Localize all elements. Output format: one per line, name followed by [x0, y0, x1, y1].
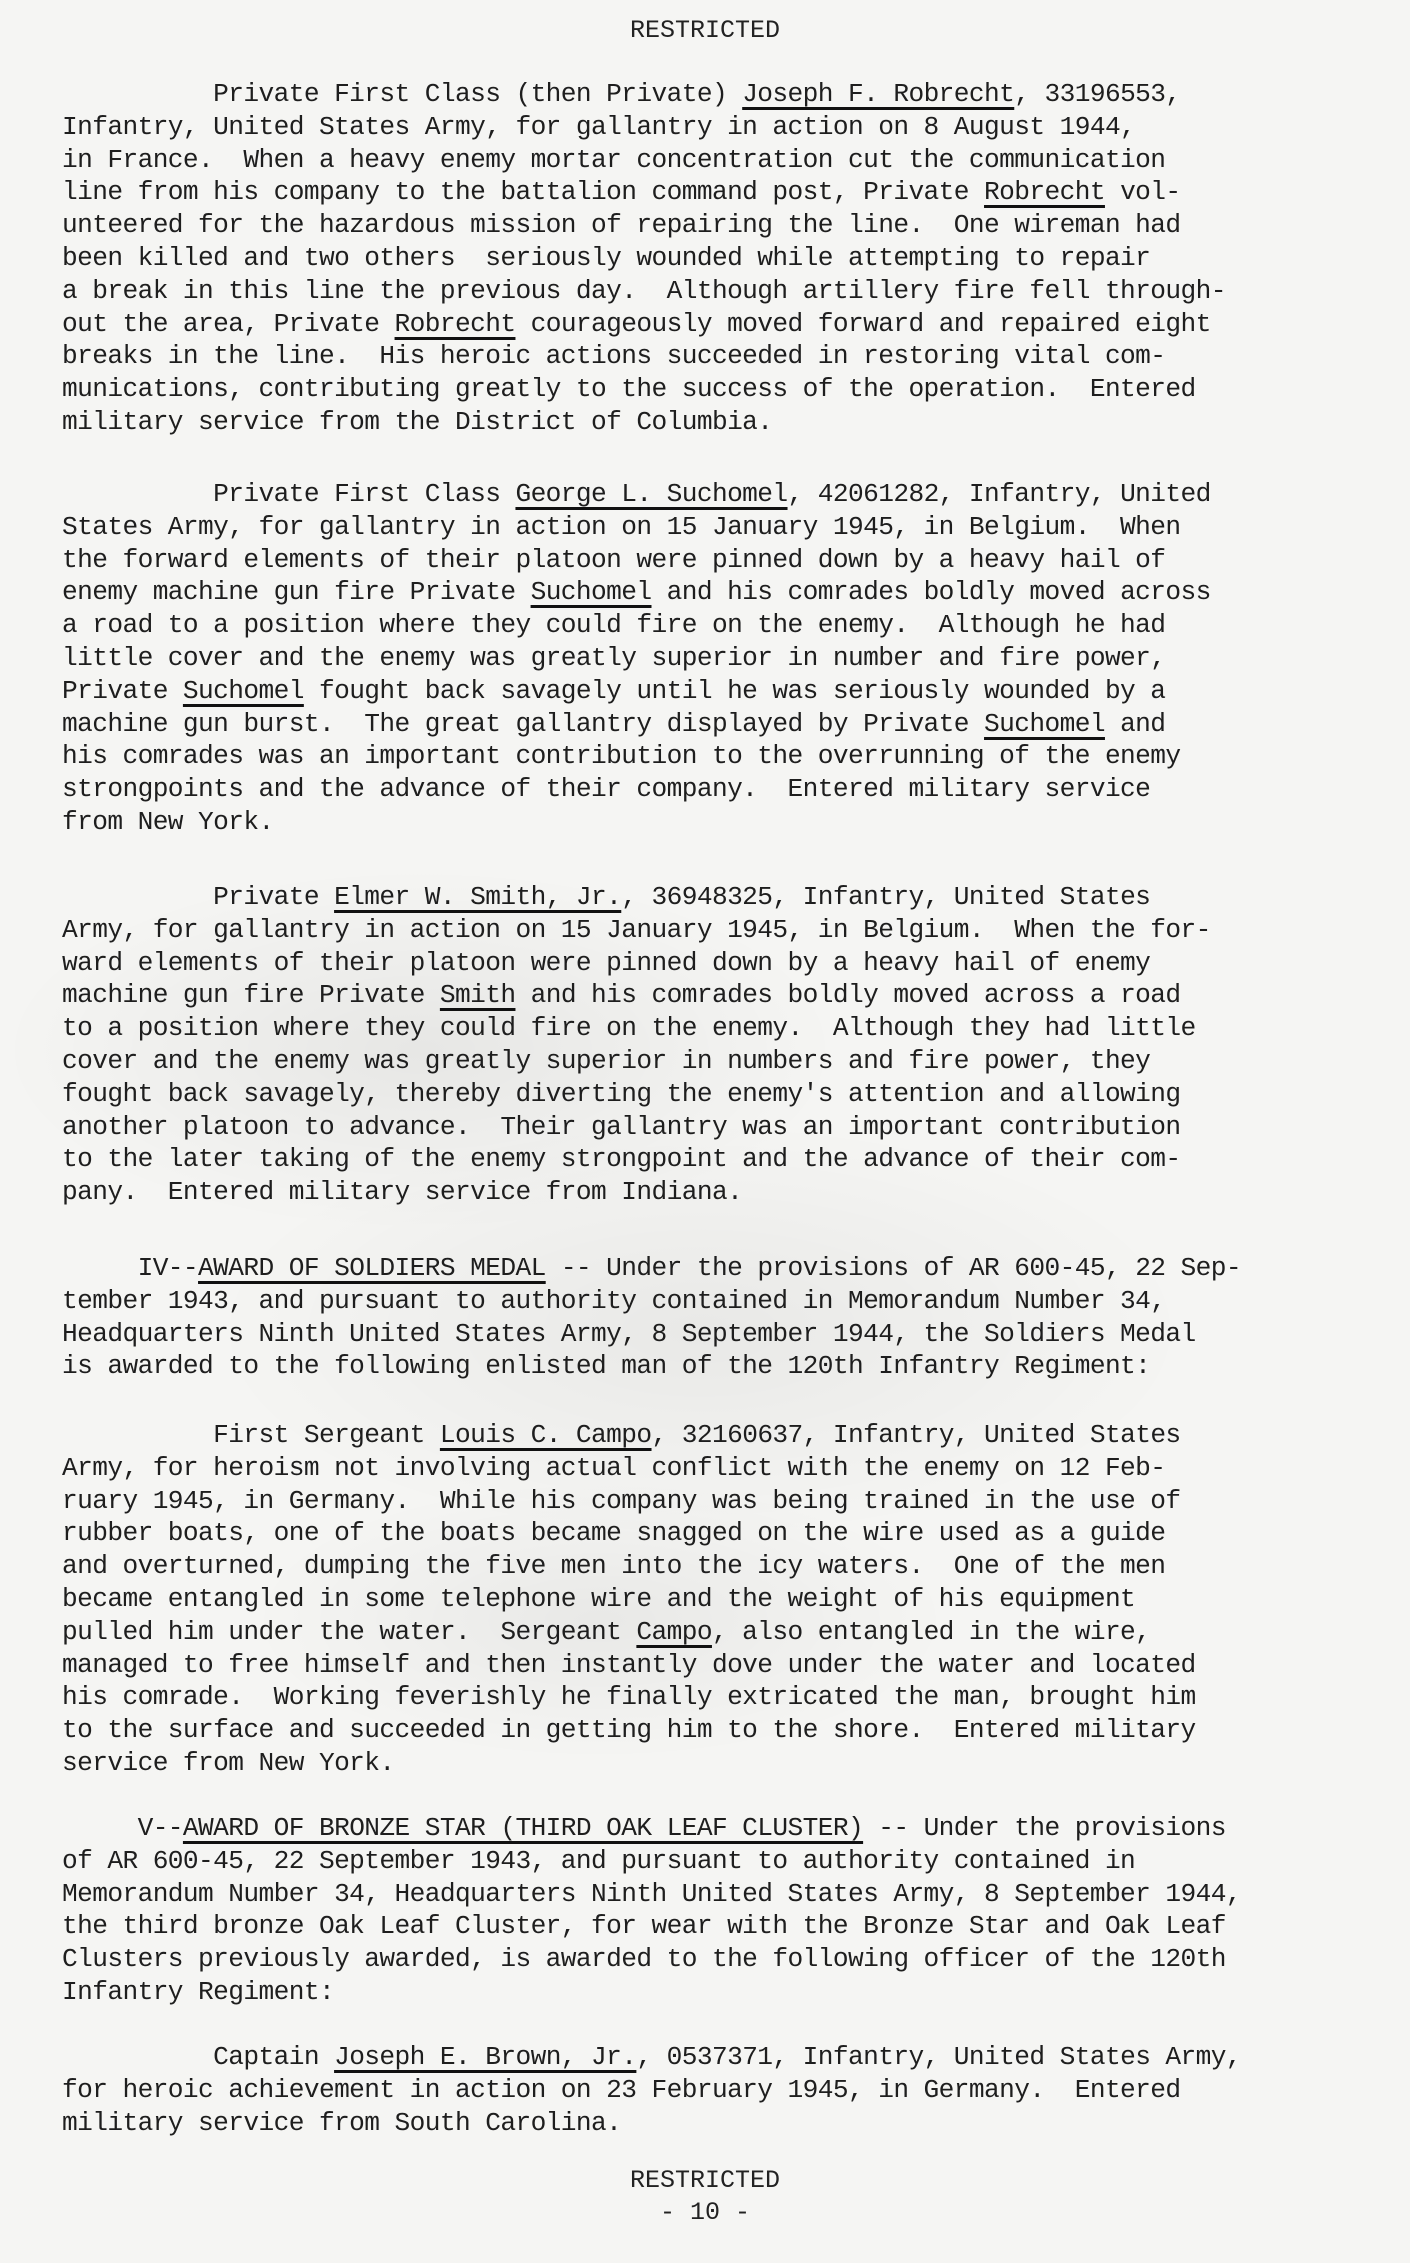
- text-run: , 0537371, Infantry, United States Army,: [636, 2042, 1241, 2072]
- text-run: his comrades was an important contributi…: [62, 741, 1181, 771]
- underlined-name: Robrecht: [984, 177, 1105, 207]
- footer-classification: RESTRICTED: [0, 2166, 1410, 2195]
- citation-robrecht: Private First Class (then Private) Josep…: [62, 78, 1382, 439]
- text-run: V--: [62, 1813, 183, 1843]
- text-run: the forward elements of their platoon we…: [62, 545, 1165, 575]
- text-line: became entangled in some telephone wire …: [62, 1583, 1382, 1616]
- text-line: Captain Joseph E. Brown, Jr., 0537371, I…: [62, 2041, 1382, 2074]
- text-line: ward elements of their platoon were pinn…: [62, 947, 1382, 980]
- text-run: , 42061282, Infantry, United: [788, 479, 1211, 509]
- text-run: of AR 600-45, 22 September 1943, and pur…: [62, 1846, 1135, 1876]
- text-run: Captain: [62, 2042, 334, 2072]
- text-line: Private First Class George L. Suchomel, …: [62, 478, 1382, 511]
- text-line: Memorandum Number 34, Headquarters Ninth…: [62, 1878, 1382, 1911]
- text-line: V--AWARD OF BRONZE STAR (THIRD OAK LEAF …: [62, 1812, 1382, 1845]
- underlined-name: Joseph F. Robrecht: [742, 79, 1014, 109]
- text-line: military service from the District of Co…: [62, 406, 1382, 439]
- text-line: pulled him under the water. Sergeant Cam…: [62, 1616, 1382, 1649]
- text-line: been killed and two others seriously wou…: [62, 242, 1382, 275]
- underlined-name: Suchomel: [984, 709, 1105, 739]
- text-run: cover and the enemy was greatly superior…: [62, 1046, 1150, 1076]
- text-run: IV--: [62, 1253, 198, 1283]
- text-run: machine gun burst. The great gallantry d…: [62, 709, 984, 739]
- header-classification: RESTRICTED: [0, 16, 1410, 45]
- text-line: to a position where they could fire on t…: [62, 1012, 1382, 1045]
- text-line: fought back savagely, thereby diverting …: [62, 1078, 1382, 1111]
- text-run: States Army, for gallantry in action on …: [62, 512, 1181, 542]
- text-line: the forward elements of their platoon we…: [62, 544, 1382, 577]
- text-line: rubber boats, one of the boats became sn…: [62, 1517, 1382, 1550]
- text-run: Private: [62, 676, 183, 706]
- underlined-name: Campo: [636, 1617, 712, 1647]
- text-run: to the later taking of the enemy strongp…: [62, 1144, 1181, 1174]
- text-line: First Sergeant Louis C. Campo, 32160637,…: [62, 1419, 1382, 1452]
- text-run: , also entangled in the wire,: [712, 1617, 1150, 1647]
- text-run: Private First Class (then Private): [62, 79, 742, 109]
- text-run: and his comrades boldly moved across a r…: [515, 980, 1180, 1010]
- document-page: RESTRICTED Private First Class (then Pri…: [0, 0, 1410, 2263]
- text-run: and: [1105, 709, 1165, 739]
- text-run: , 36948325, Infantry, United States: [621, 882, 1150, 912]
- text-run: tember 1943, and pursuant to authority c…: [62, 1286, 1165, 1316]
- citation-brown: Captain Joseph E. Brown, Jr., 0537371, I…: [62, 2041, 1382, 2139]
- text-run: managed to free himself and then instant…: [62, 1650, 1196, 1680]
- text-run: military service from the District of Co…: [62, 407, 772, 437]
- text-run: pany. Entered military service from Indi…: [62, 1177, 742, 1207]
- text-line: machine gun fire Private Smith and his c…: [62, 979, 1382, 1012]
- text-line: machine gun burst. The great gallantry d…: [62, 708, 1382, 741]
- text-line: Clusters previously awarded, is awarded …: [62, 1943, 1382, 1976]
- text-run: Army, for heroism not involving actual c…: [62, 1453, 1165, 1483]
- underlined-name: George L. Suchomel: [515, 479, 787, 509]
- text-line: and overturned, dumping the five men int…: [62, 1550, 1382, 1583]
- text-line: pany. Entered military service from Indi…: [62, 1176, 1382, 1209]
- text-run: Headquarters Ninth United States Army, 8…: [62, 1319, 1196, 1349]
- underlined-name: Joseph E. Brown, Jr.: [334, 2042, 636, 2072]
- text-run: -- Under the provisions of AR 600-45, 22…: [546, 1253, 1241, 1283]
- text-run: Private First Class: [62, 479, 515, 509]
- text-run: been killed and two others seriously wou…: [62, 243, 1150, 273]
- underlined-name: Robrecht: [395, 309, 516, 339]
- text-run: fought back savagely, thereby diverting …: [62, 1079, 1181, 1109]
- underlined-name: Suchomel: [531, 577, 652, 607]
- text-line: the third bronze Oak Leaf Cluster, for w…: [62, 1910, 1382, 1943]
- text-run: Infantry, United States Army, for gallan…: [62, 112, 1135, 142]
- text-run: Infantry Regiment:: [62, 1977, 334, 2007]
- text-run: courageously moved forward and repaired …: [515, 309, 1210, 339]
- text-line: a road to a position where they could fi…: [62, 609, 1382, 642]
- text-run: First Sergeant: [62, 1420, 440, 1450]
- text-run: enemy machine gun fire Private: [62, 577, 531, 607]
- text-run: is awarded to the following enlisted man…: [62, 1351, 1150, 1381]
- text-line: Army, for heroism not involving actual c…: [62, 1452, 1382, 1485]
- text-run: breaks in the line. His heroic actions s…: [62, 341, 1165, 371]
- text-run: little cover and the enemy was greatly s…: [62, 643, 1165, 673]
- page-number: - 10 -: [0, 2198, 1410, 2227]
- text-run: service from New York.: [62, 1748, 395, 1778]
- text-line: of AR 600-45, 22 September 1943, and pur…: [62, 1845, 1382, 1878]
- text-run: Army, for gallantry in action on 15 Janu…: [62, 915, 1211, 945]
- text-run: for heroic achievement in action on 23 F…: [62, 2075, 1181, 2105]
- text-line: in France. When a heavy enemy mortar con…: [62, 144, 1382, 177]
- underlined-name: AWARD OF SOLDIERS MEDAL: [198, 1253, 546, 1283]
- text-run: munications, contributing greatly to the…: [62, 374, 1196, 404]
- text-run: line from his company to the battalion c…: [62, 177, 984, 207]
- text-run: ruary 1945, in Germany. While his compan…: [62, 1486, 1181, 1516]
- text-run: became entangled in some telephone wire …: [62, 1584, 1135, 1614]
- text-run: in France. When a heavy enemy mortar con…: [62, 145, 1165, 175]
- section-v-bronze-star: V--AWARD OF BRONZE STAR (THIRD OAK LEAF …: [62, 1812, 1382, 2009]
- text-line: Infantry, United States Army, for gallan…: [62, 111, 1382, 144]
- text-line: munications, contributing greatly to the…: [62, 373, 1382, 406]
- text-line: from New York.: [62, 806, 1382, 839]
- text-run: ward elements of their platoon were pinn…: [62, 948, 1150, 978]
- text-run: Memorandum Number 34, Headquarters Ninth…: [62, 1879, 1241, 1909]
- text-line: strongpoints and the advance of their co…: [62, 773, 1382, 806]
- text-run: fought back savagely until he was seriou…: [304, 676, 1166, 706]
- citation-suchomel: Private First Class George L. Suchomel, …: [62, 478, 1382, 839]
- text-run: pulled him under the water. Sergeant: [62, 1617, 636, 1647]
- text-run: unteered for the hazardous mission of re…: [62, 210, 1181, 240]
- citation-campo: First Sergeant Louis C. Campo, 32160637,…: [62, 1419, 1382, 1780]
- text-run: a break in this line the previous day. A…: [62, 276, 1226, 306]
- underlined-name: Louis C. Campo: [440, 1420, 652, 1450]
- text-run: , 32160637, Infantry, United States: [652, 1420, 1181, 1450]
- text-run: his comrade. Working feverishly he final…: [62, 1682, 1196, 1712]
- text-line: his comrade. Working feverishly he final…: [62, 1681, 1382, 1714]
- text-run: -- Under the provisions: [863, 1813, 1226, 1843]
- text-line: for heroic achievement in action on 23 F…: [62, 2074, 1382, 2107]
- text-line: Private First Class (then Private) Josep…: [62, 78, 1382, 111]
- text-run: vol-: [1105, 177, 1181, 207]
- text-line: managed to free himself and then instant…: [62, 1649, 1382, 1682]
- text-line: Headquarters Ninth United States Army, 8…: [62, 1318, 1382, 1351]
- text-line: service from New York.: [62, 1747, 1382, 1780]
- underlined-name: AWARD OF BRONZE STAR (THIRD OAK LEAF CLU…: [183, 1813, 863, 1843]
- text-line: breaks in the line. His heroic actions s…: [62, 340, 1382, 373]
- text-run: and his comrades boldly moved across: [652, 577, 1211, 607]
- text-line: States Army, for gallantry in action on …: [62, 511, 1382, 544]
- text-line: is awarded to the following enlisted man…: [62, 1350, 1382, 1383]
- text-run: another platoon to advance. Their gallan…: [62, 1112, 1181, 1142]
- text-run: strongpoints and the advance of their co…: [62, 774, 1150, 804]
- text-line: out the area, Private Robrecht courageou…: [62, 308, 1382, 341]
- text-line: unteered for the hazardous mission of re…: [62, 209, 1382, 242]
- text-line: a break in this line the previous day. A…: [62, 275, 1382, 308]
- text-run: rubber boats, one of the boats became sn…: [62, 1518, 1165, 1548]
- text-run: , 33196553,: [1014, 79, 1180, 109]
- text-run: Clusters previously awarded, is awarded …: [62, 1944, 1226, 1974]
- text-run: out the area, Private: [62, 309, 395, 339]
- text-run: from New York.: [62, 807, 274, 837]
- text-line: military service from South Carolina.: [62, 2107, 1382, 2140]
- underlined-name: Smith: [440, 980, 516, 1010]
- text-run: Private: [62, 882, 334, 912]
- text-line: Private Elmer W. Smith, Jr., 36948325, I…: [62, 881, 1382, 914]
- text-run: to a position where they could fire on t…: [62, 1013, 1196, 1043]
- text-line: another platoon to advance. Their gallan…: [62, 1111, 1382, 1144]
- text-line: little cover and the enemy was greatly s…: [62, 642, 1382, 675]
- text-line: tember 1943, and pursuant to authority c…: [62, 1285, 1382, 1318]
- citation-smith: Private Elmer W. Smith, Jr., 36948325, I…: [62, 881, 1382, 1209]
- text-line: to the surface and succeeded in getting …: [62, 1714, 1382, 1747]
- text-run: the third bronze Oak Leaf Cluster, for w…: [62, 1911, 1226, 1941]
- text-line: cover and the enemy was greatly superior…: [62, 1045, 1382, 1078]
- text-line: enemy machine gun fire Private Suchomel …: [62, 576, 1382, 609]
- text-line: Infantry Regiment:: [62, 1976, 1382, 2009]
- underlined-name: Suchomel: [183, 676, 304, 706]
- text-line: ruary 1945, in Germany. While his compan…: [62, 1485, 1382, 1518]
- text-run: a road to a position where they could fi…: [62, 610, 1165, 640]
- underlined-name: Elmer W. Smith, Jr.: [334, 882, 621, 912]
- text-line: IV--AWARD OF SOLDIERS MEDAL -- Under the…: [62, 1252, 1382, 1285]
- text-run: to the surface and succeeded in getting …: [62, 1715, 1196, 1745]
- text-line: to the later taking of the enemy strongp…: [62, 1143, 1382, 1176]
- text-line: his comrades was an important contributi…: [62, 740, 1382, 773]
- text-run: military service from South Carolina.: [62, 2108, 621, 2138]
- text-line: Private Suchomel fought back savagely un…: [62, 675, 1382, 708]
- text-line: Army, for gallantry in action on 15 Janu…: [62, 914, 1382, 947]
- section-iv-soldiers-medal: IV--AWARD OF SOLDIERS MEDAL -- Under the…: [62, 1252, 1382, 1383]
- text-run: and overturned, dumping the five men int…: [62, 1551, 1165, 1581]
- text-run: machine gun fire Private: [62, 980, 440, 1010]
- text-line: line from his company to the battalion c…: [62, 176, 1382, 209]
